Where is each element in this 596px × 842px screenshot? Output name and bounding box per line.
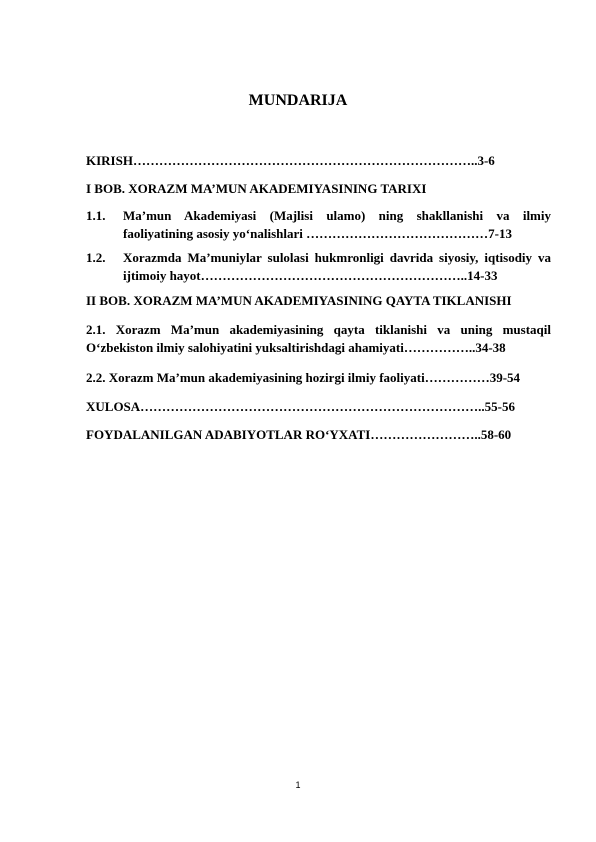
section-title: Ma’mun Akademiyasi (Majlisi ulamo) ning … (123, 207, 551, 243)
toc-entry-kirish[interactable]: KIRISH……………………………………………………………………..3-6 (86, 153, 495, 169)
section-title: Xorazmda Ma’muniylar sulolasi hukmronlig… (123, 249, 551, 285)
toc-chapter-1[interactable]: I BOB. XORAZM MA’MUN AKADEMIYASINING TAR… (86, 181, 426, 197)
section-number: 1.2. (86, 249, 106, 267)
toc-entry-1-2[interactable]: 1.2. Xorazmda Ma’muniylar sulolasi hukmr… (86, 249, 551, 285)
toc-entry-2-2[interactable]: 2.2. Xorazm Ma’mun akademiyasining hozir… (86, 370, 520, 386)
toc-entry-2-1[interactable]: 2.1. Xorazm Ma’mun akademiyasining qayta… (86, 321, 551, 357)
section-number: 1.1. (86, 207, 106, 225)
toc-entry-references[interactable]: FOYDALANILGAN ADABIYOTLAR RO‘YXATI………………… (86, 427, 511, 443)
page-title: MUNDARIJA (0, 92, 596, 110)
page-number: 1 (0, 780, 596, 790)
toc-entry-xulosa[interactable]: XULOSA……………………………………………………………………..55-56 (86, 399, 515, 415)
toc-entry-1-1[interactable]: 1.1. Ma’mun Akademiyasi (Majlisi ulamo) … (86, 207, 551, 243)
toc-chapter-2[interactable]: II BOB. XORAZM MA’MUN AKADEMIYASINING QA… (86, 293, 512, 309)
